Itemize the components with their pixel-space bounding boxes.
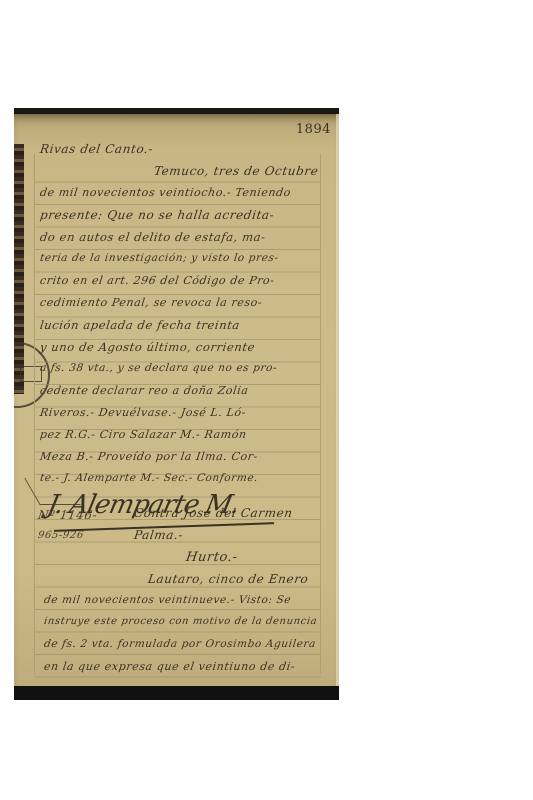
entry1-line: Meza B.- Proveído por la Ilma. Cor- xyxy=(39,450,259,463)
entry1-line: a fs. 38 vta., y se declara que no es pr… xyxy=(39,362,278,374)
entry1-line: y uno de Agosto último, corriente xyxy=(39,340,256,354)
case-title-line: Contra José del Carmen xyxy=(133,506,294,520)
entry1-line: cedimiento Penal, se revoca la reso- xyxy=(39,296,263,309)
entry2-line: de fs. 2 vta. formulada por Orosimbo Agu… xyxy=(43,638,317,650)
entry1-line: pez R.G.- Ciro Salazar M.- Ramón xyxy=(39,428,248,441)
margin-note: Nº 1146- xyxy=(37,508,98,522)
page-number: 1894 xyxy=(296,122,331,137)
entry1-line: Temuco, tres de Octubre xyxy=(153,164,319,178)
ledger-page: 1894 Rivas del Canto.- Temuco, tres de O… xyxy=(14,114,339,690)
entry1-line: presente: Que no se halla acredita- xyxy=(39,208,275,222)
entry1-line: cedente declarar reo a doña Zolia xyxy=(39,384,249,397)
entry1-line: te.- J. Alemparte M.- Sec.- Conforme. xyxy=(39,472,259,484)
page-bottom-shadow xyxy=(14,686,339,700)
entry1-line: de mil novecientos veintiocho.- Teniendo xyxy=(39,186,292,199)
entry2-line: Lautaro, cinco de Enero xyxy=(147,572,309,586)
entry1-line: teria de la investigación; y visto lo pr… xyxy=(39,252,279,264)
entry1-line: crito en el art. 296 del Código de Pro- xyxy=(39,274,275,287)
entry1-line: Riveros.- Devuélvase.- José L. Ló- xyxy=(39,406,247,419)
entry2-line: en la que expresa que el veintiuno de di… xyxy=(43,660,296,673)
entry2-line: instruye este proceso con motivo de la d… xyxy=(43,616,318,627)
entry1-line: lución apelada de fecha treinta xyxy=(39,318,241,332)
entry1-line: Rivas del Canto.- xyxy=(39,142,154,156)
margin-reference: 965-926 xyxy=(37,530,84,541)
left-margin-rule xyxy=(34,154,35,674)
case-title-line: Palma.- xyxy=(133,528,184,542)
entry2-line: de mil novecientos veintinueve.- Visto: … xyxy=(43,594,292,606)
document-photo: 1894 Rivas del Canto.- Temuco, tres de O… xyxy=(14,108,339,700)
entry1-line: do en autos el delito de estafa, ma- xyxy=(39,230,267,244)
case-title-line: Hurto.- xyxy=(185,550,239,565)
right-margin-rule xyxy=(320,154,321,674)
